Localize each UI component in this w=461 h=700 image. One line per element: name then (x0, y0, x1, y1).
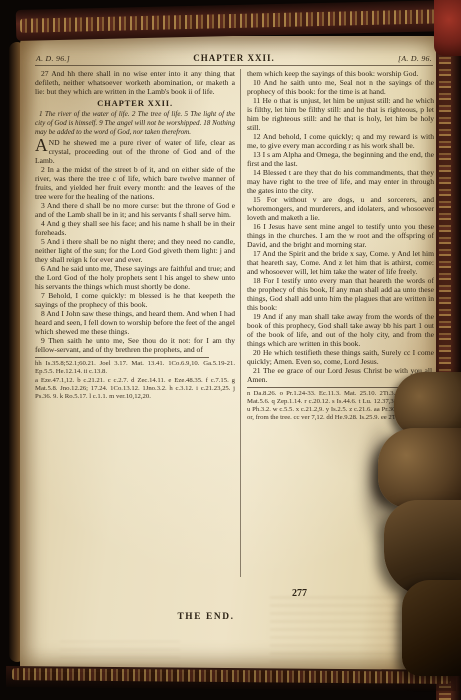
gold-tooling-band (12, 668, 450, 684)
text-line: 8 And I John saw these things, and heard… (35, 309, 235, 336)
text-line: a Eze.47.1,12. b c.21.21. c c.2.7. d Zec… (35, 377, 235, 401)
text-line: 20 He which testifieth these things sait… (247, 348, 434, 366)
page-header: A. D. 96.] CHAPTER XXII. [A. D. 96. (20, 36, 446, 63)
carryover-text: them which keep the sayings of this book… (247, 69, 434, 78)
left-verses: 2 In a the midst of the street b of it, … (35, 165, 235, 354)
text-line: n Da.8.26. o Pr.1.24-33. Ec.11.3. Mat. 2… (247, 390, 434, 422)
text-line: 9 Then saith he unto me, See thou do it … (35, 336, 235, 354)
left-column: 27 And hh there shall in no wise enter i… (35, 69, 240, 577)
leather-cover-corner (434, 0, 461, 56)
text-line: 4 And g they shall see his face; and his… (35, 219, 235, 237)
gold-tooling-band (439, 0, 451, 700)
text-line: 13 I s am Alpha and Omega, the beginning… (247, 150, 434, 168)
verse-paragraph: 27 And hh there shall in no wise enter i… (35, 69, 235, 96)
text-line: 10 And he saith unto me, Seal not n the … (247, 78, 434, 96)
right-verses: 10 And he saith unto me, Seal not n the … (247, 78, 434, 384)
running-head-chapter: CHAPTER XXII. (193, 53, 275, 63)
drop-cap: A (35, 138, 49, 153)
text-line: 7 Behold, I come quickly: m blessed is h… (35, 291, 235, 309)
text-line: 21 The ee grace of our Lord Jesus Christ… (247, 366, 434, 384)
leather-cover-bottom-edge (6, 666, 456, 691)
text-columns: 27 And hh there shall in no wise enter i… (20, 66, 446, 577)
chapter-heading: CHAPTER XXII. (35, 99, 235, 108)
footnote-rule (35, 357, 209, 358)
header-date-left: A. D. 96.] (36, 54, 70, 63)
verse-paragraph-dropcap: AND he shewed me a pure river of water o… (35, 138, 235, 165)
verse-text: ND he shewed me a pure river of water of… (35, 138, 235, 165)
header-date-right: [A. D. 96. (398, 54, 432, 63)
text-line: 19 And if any man shall take away from t… (247, 312, 434, 348)
bible-page: A. D. 96.] CHAPTER XXII. [A. D. 96. 27 A… (20, 36, 446, 672)
text-line: 15 For without v are dogs, u and sorcere… (247, 195, 434, 222)
text-line: 17 And the Spirit and the bride x say, C… (247, 249, 434, 276)
text-line: 2 In a the midst of the street b of it, … (35, 165, 235, 201)
text-line: 12 And behold, I come quickly; q and my … (247, 132, 434, 150)
chapter-summary: 1 The river of the water of life. 2 The … (35, 110, 235, 136)
text-line: 6 And he said unto me, These sayings are… (35, 264, 235, 291)
left-footnotes: hh Is.35.8;52.1;60.21. Joel 3.17. Mat. 1… (35, 360, 235, 400)
leather-cover-right-edge (436, 0, 461, 700)
text-line: 3 And there d shall be no more curse: bu… (35, 201, 235, 219)
text-line: 16 I Jesus have sent mine angel to testi… (247, 222, 434, 249)
right-footnotes: n Da.8.26. o Pr.1.24-33. Ec.11.3. Mat. 2… (247, 390, 434, 422)
show-through-text (270, 596, 430, 662)
text-line: 18 For I testify unto every man that hea… (247, 276, 434, 312)
photograph-of-bible-page: A. D. 96.] CHAPTER XXII. [A. D. 96. 27 A… (0, 0, 461, 700)
text-line: 14 Blessed t are they that do his comman… (247, 168, 434, 195)
text-line: 5 And i there shall be no night there; a… (35, 237, 235, 264)
text-line: hh Is.35.8;52.1;60.21. Joel 3.17. Mat. 1… (35, 360, 235, 376)
right-column: them which keep the sayings of this book… (240, 69, 434, 577)
gold-tooling-band (20, 9, 448, 33)
footnote-rule (247, 387, 408, 388)
leather-cover-top-edge (16, 0, 453, 41)
the-end-label: THE END. (148, 612, 264, 622)
text-line: 11 He o that is unjust, let him be unjus… (247, 96, 434, 132)
